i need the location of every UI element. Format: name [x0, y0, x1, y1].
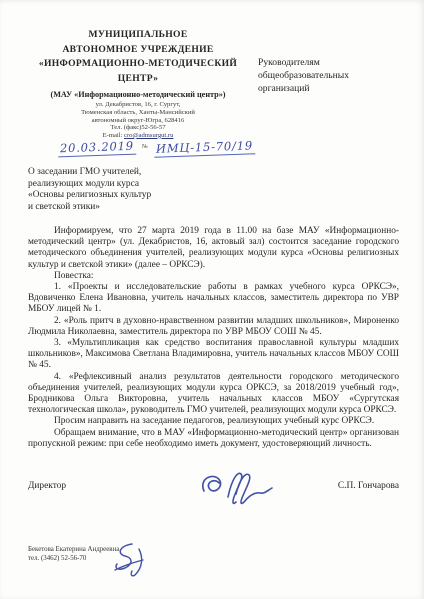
addressee-block: Руководителям общеобразовательных органи… [258, 56, 349, 96]
org-name-line: МУНИЦИПАЛЬНОЕ [28, 28, 248, 43]
body-paragraph: 4. «Рефлексивный анализ результатов деят… [28, 372, 399, 417]
reference-line: 20.03.2019 № ИМЦ-15-70/19 [58, 138, 258, 156]
subject-line: и светской этики» [28, 202, 228, 214]
addressee-line: общеобразовательных [258, 69, 349, 82]
signer-position: Директор [28, 481, 66, 491]
org-name-line: ЦЕНТР» [28, 72, 248, 87]
org-short-name: (МАУ «Информационно-методический центр») [28, 89, 248, 101]
body-paragraph: 3. «Мультипликация как средство воспитан… [28, 338, 399, 372]
subject-block: О заседании ГМО учителей, реализующих мо… [28, 167, 228, 214]
body-paragraph: 1. «Проекты и исследовательские работы в… [28, 282, 399, 316]
body-paragraph: Повестка: [28, 271, 399, 282]
subject-line: О заседании ГМО учителей, [28, 167, 228, 179]
org-address-line: автономный округ-Югра, 628416 [28, 117, 248, 125]
body-paragraph: 2. «Роль притч в духовно-нравственном ра… [28, 316, 399, 338]
scanned-letter-page: МУНИЦИПАЛЬНОЕ АВТОНОМНОЕ УЧРЕЖДЕНИЕ «ИНФ… [0, 0, 424, 599]
handwritten-number: ИМЦ-15-70/19 [153, 138, 254, 158]
handwritten-date: 20.03.2019 [58, 139, 136, 158]
number-sign: № [142, 144, 148, 150]
org-name-line: АВТОНОМНОЕ УЧРЕЖДЕНИЕ [28, 43, 248, 58]
addressee-line: организаций [258, 82, 349, 95]
org-phone: Тел. (факс)52-56-57 [28, 124, 248, 132]
subject-line: «Основы религиозных культур [28, 190, 228, 202]
body-paragraph: Обращаем внимание, что в МАУ «Информацио… [28, 428, 399, 450]
director-signature-icon [188, 465, 283, 509]
org-name-line: «ИНФОРМАЦИОННО-МЕТОДИЧЕСКИЙ [28, 57, 248, 72]
addressee-line: Руководителям [258, 56, 349, 69]
subject-line: реализующих модули курса [28, 179, 228, 191]
signer-name: С.П. Гончарова [338, 481, 399, 491]
org-address-line: Тюменская область, Ханты-Мансийский [28, 109, 248, 117]
org-address-line: ул. Декабристов, 16, г. Сургут, [28, 101, 248, 109]
letterhead: МУНИЦИПАЛЬНОЕ АВТОНОМНОЕ УЧРЕЖДЕНИЕ «ИНФ… [28, 28, 248, 140]
body-paragraph: Информируем, что 27 марта 2019 года в 11… [28, 226, 399, 271]
letter-body: Информируем, что 27 марта 2019 года в 11… [28, 226, 399, 450]
body-paragraph: Просим направить на заседание педагогов,… [28, 416, 399, 427]
executor-signature-icon [104, 537, 160, 581]
